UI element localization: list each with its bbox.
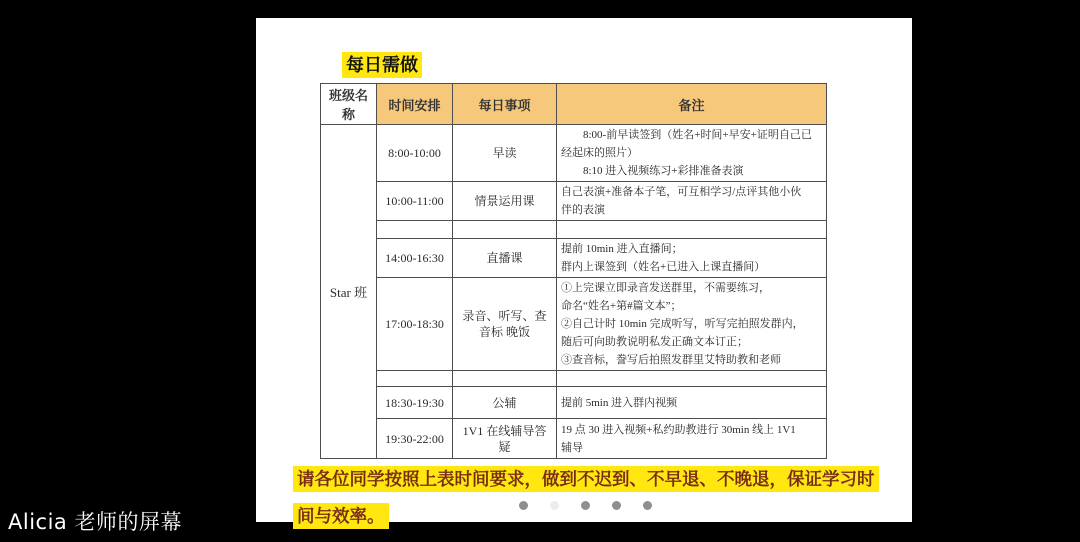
spacer-row — [321, 221, 827, 239]
item-cell: 直播课 — [453, 239, 557, 278]
notes-cell: 提前 10min 进入直播间； 群内上课签到（姓名+已进入上课直播间） — [557, 239, 827, 278]
daily-schedule-table: 班级名称 时间安排 每日事项 备注 Star 班 8:00-10:00 早读 8… — [320, 83, 827, 459]
item-cell: 早读 — [453, 125, 557, 182]
table-row-1v1-tutoring: 19:30-22:00 1V1 在线辅导答疑 19 点 30 进入视频+私约助教… — [321, 419, 827, 459]
table-row-live-class: 14:00-16:30 直播课 提前 10min 进入直播间； 群内上课签到（姓… — [321, 239, 827, 278]
carousel-dot-5[interactable] — [643, 501, 652, 510]
item-cell: 1V1 在线辅导答疑 — [453, 419, 557, 459]
time-cell: 10:00-11:00 — [377, 182, 453, 221]
screen-share-stage: 每日需做 班级名称 时间安排 每日事项 备注 Star 班 8:00-10:00… — [0, 0, 1080, 542]
footer-note: 请各位同学按照上表时间要求，做到不迟到、不早退、不晚退，保证学习时间与效率。 — [293, 461, 875, 535]
time-cell: 8:00-10:00 — [377, 125, 453, 182]
footer-note-highlight: 请各位同学按照上表时间要求，做到不迟到、不早退、不晚退，保证学习时间与效率。 — [293, 466, 879, 529]
time-cell: 17:00-18:30 — [377, 278, 453, 371]
notes-cell: ①上完课立即录音发送群里，不需要练习， 命名“姓名+第#篇文本”； ②自己计时 … — [557, 278, 827, 371]
item-cell: 录音、听写、查音标 晚饭 — [453, 278, 557, 371]
time-cell: 18:30-19:30 — [377, 387, 453, 419]
carousel-dot-2[interactable] — [550, 501, 559, 510]
header-time: 时间安排 — [377, 84, 453, 125]
table-row-morning-reading: Star 班 8:00-10:00 早读 8:00-前早读签到（姓名+时间+早安… — [321, 125, 827, 182]
notes-cell: 自己表演+准备本子笔，可互相学习/点评其他小伙 伴的表演 — [557, 182, 827, 221]
table-header-row: 班级名称 时间安排 每日事项 备注 — [321, 84, 827, 125]
table-row-recording-dictation: 17:00-18:30 录音、听写、查音标 晚饭 ①上完课立即录音发送群里，不需… — [321, 278, 827, 371]
header-notes: 备注 — [557, 84, 827, 125]
time-cell: 14:00-16:30 — [377, 239, 453, 278]
carousel-dot-1[interactable] — [519, 501, 528, 510]
header-item: 每日事项 — [453, 84, 557, 125]
table-row-scene-class: 10:00-11:00 情景运用课 自己表演+准备本子笔，可互相学习/点评其他小… — [321, 182, 827, 221]
carousel-pagination — [519, 501, 652, 510]
time-cell: 19:30-22:00 — [377, 419, 453, 459]
header-class-name: 班级名称 — [321, 84, 377, 125]
carousel-dot-4[interactable] — [612, 501, 621, 510]
spacer-row — [321, 371, 827, 387]
item-cell: 情景运用课 — [453, 182, 557, 221]
notes-cell: 提前 5min 进入群内视频 — [557, 387, 827, 419]
page-title-highlight: 每日需做 — [342, 52, 422, 78]
notes-cell: 19 点 30 进入视频+私约助教进行 30min 线上 1V1 辅导 — [557, 419, 827, 459]
shared-slide: 每日需做 班级名称 时间安排 每日事项 备注 Star 班 8:00-10:00… — [256, 18, 912, 522]
notes-cell: 8:00-前早读签到（姓名+时间+早安+证明自己已 经起床的照片） 8:10 进… — [557, 125, 827, 182]
page-title: 每日需做 — [342, 51, 422, 77]
screen-share-label: Alicia 老师的屏幕 — [8, 506, 182, 536]
carousel-dot-3[interactable] — [581, 501, 590, 510]
table-row-public-tutoring: 18:30-19:30 公辅 提前 5min 进入群内视频 — [321, 387, 827, 419]
class-name-cell: Star 班 — [321, 125, 377, 459]
item-cell: 公辅 — [453, 387, 557, 419]
